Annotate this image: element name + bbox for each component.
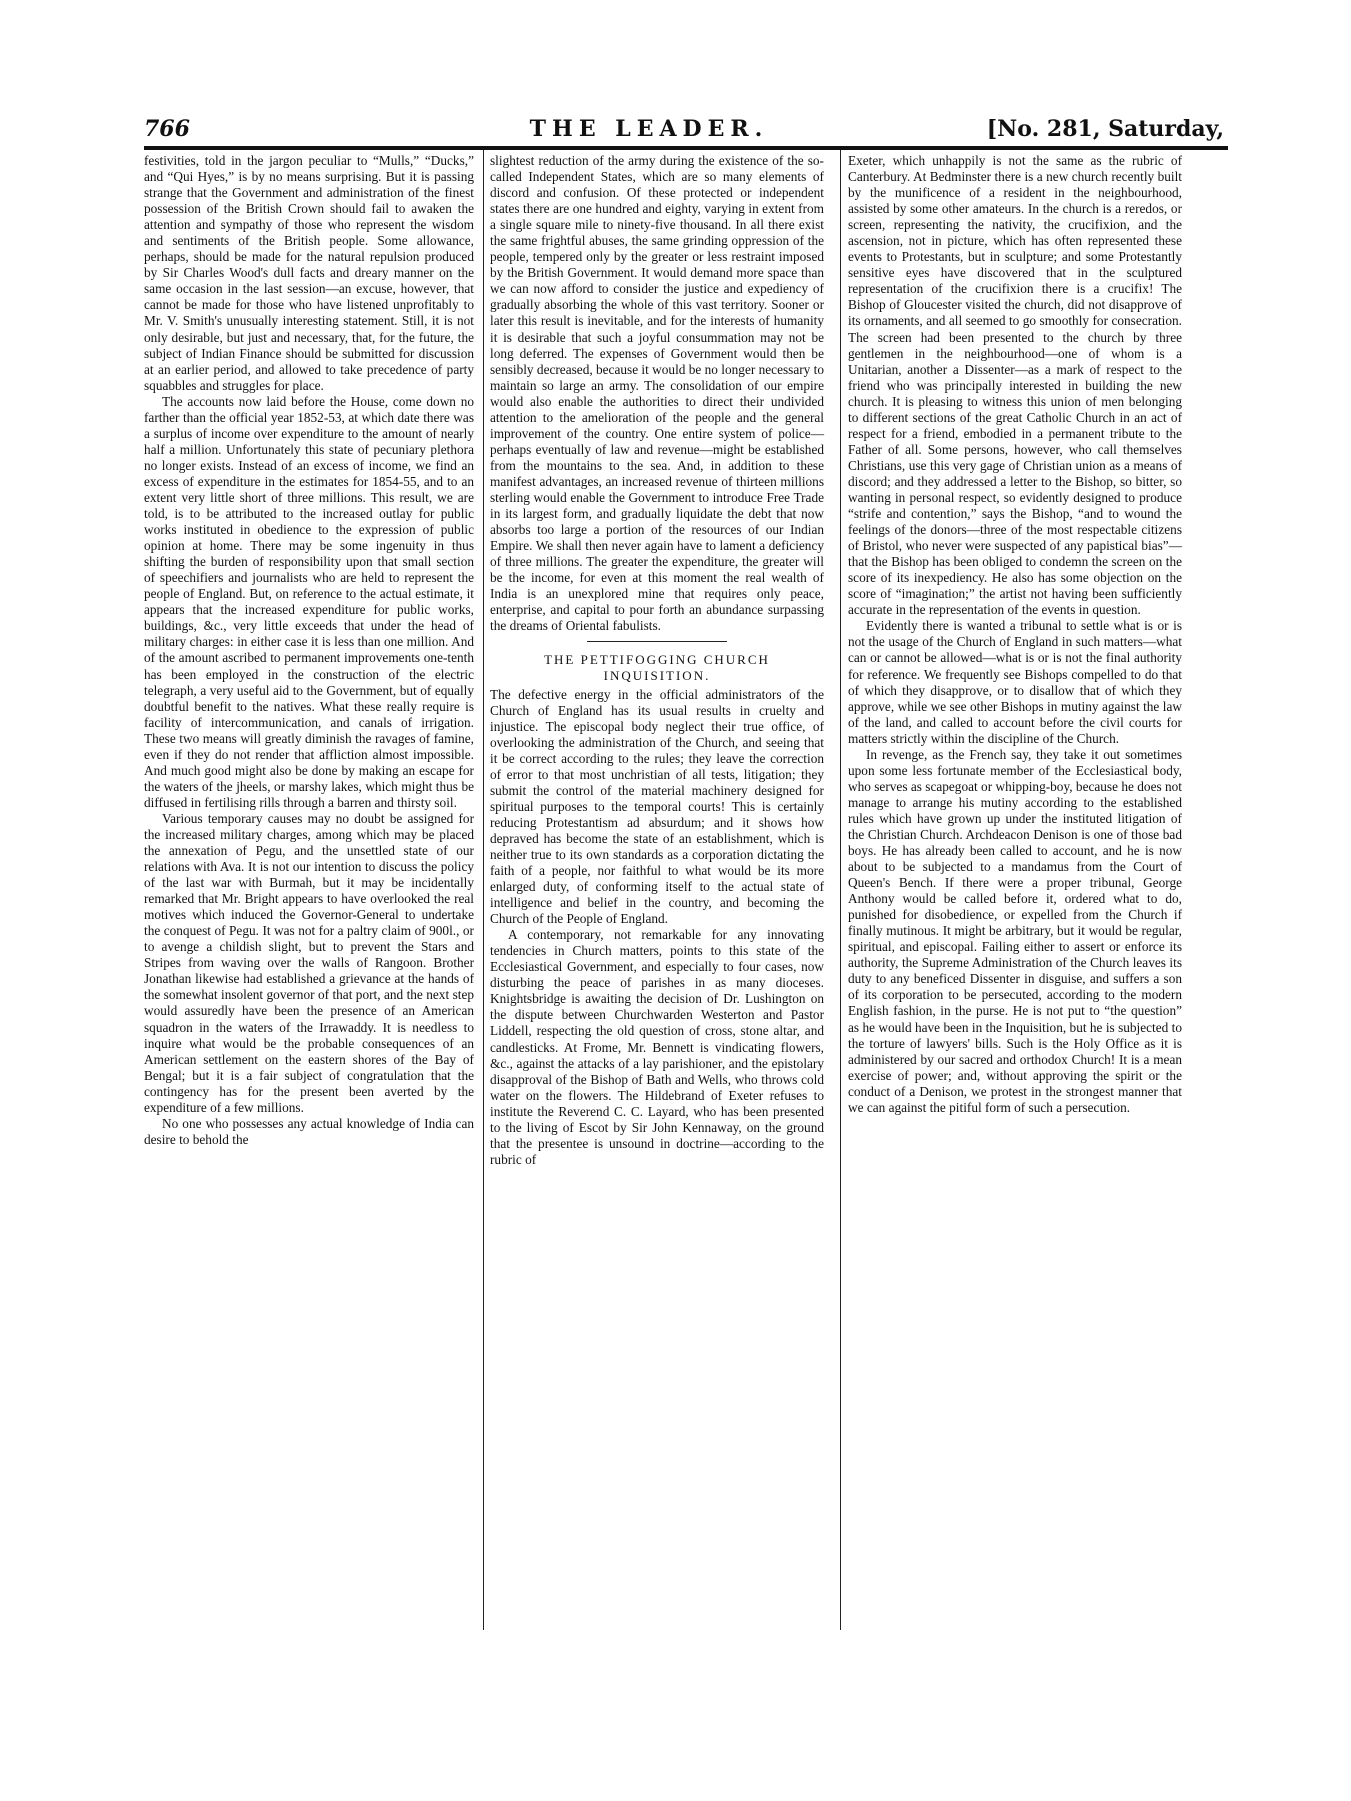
column-divider	[840, 150, 841, 1630]
paragraph: festivities, told in the jargon peculiar…	[144, 153, 474, 394]
paragraph: slightest reduction of the army during t…	[490, 153, 824, 634]
paragraph: In revenge, as the French say, they take…	[848, 747, 1182, 1116]
paragraph: Exeter, which unhappily is not the same …	[848, 153, 1182, 618]
issue-info: [No. 281, Saturday,	[987, 116, 1224, 142]
paragraph: No one who possesses any actual knowledg…	[144, 1116, 474, 1148]
column-2: slightest reduction of the army during t…	[490, 153, 824, 1168]
column-1: festivities, told in the jargon peculiar…	[144, 153, 474, 1148]
paragraph: The defective energy in the official adm…	[490, 687, 824, 928]
paragraph: Evidently there is wanted a tribunal to …	[848, 618, 1182, 746]
column-divider	[483, 150, 484, 1630]
masthead-title: THE LEADER.	[484, 116, 814, 142]
header-rule	[144, 146, 1228, 150]
page-number: 766	[144, 116, 190, 142]
article-separator	[587, 641, 727, 642]
paragraph: The accounts now laid before the House, …	[144, 394, 474, 811]
article-heading: THE PETTIFOGGING CHURCH INQUISITION.	[490, 652, 824, 684]
page-header: 766 THE LEADER. [No. 281, Saturday,	[144, 116, 1224, 142]
paragraph: A contemporary, not remarkable for any i…	[490, 927, 824, 1168]
column-3: Exeter, which unhappily is not the same …	[848, 153, 1182, 1116]
paragraph: Various temporary causes may no doubt be…	[144, 811, 474, 1116]
